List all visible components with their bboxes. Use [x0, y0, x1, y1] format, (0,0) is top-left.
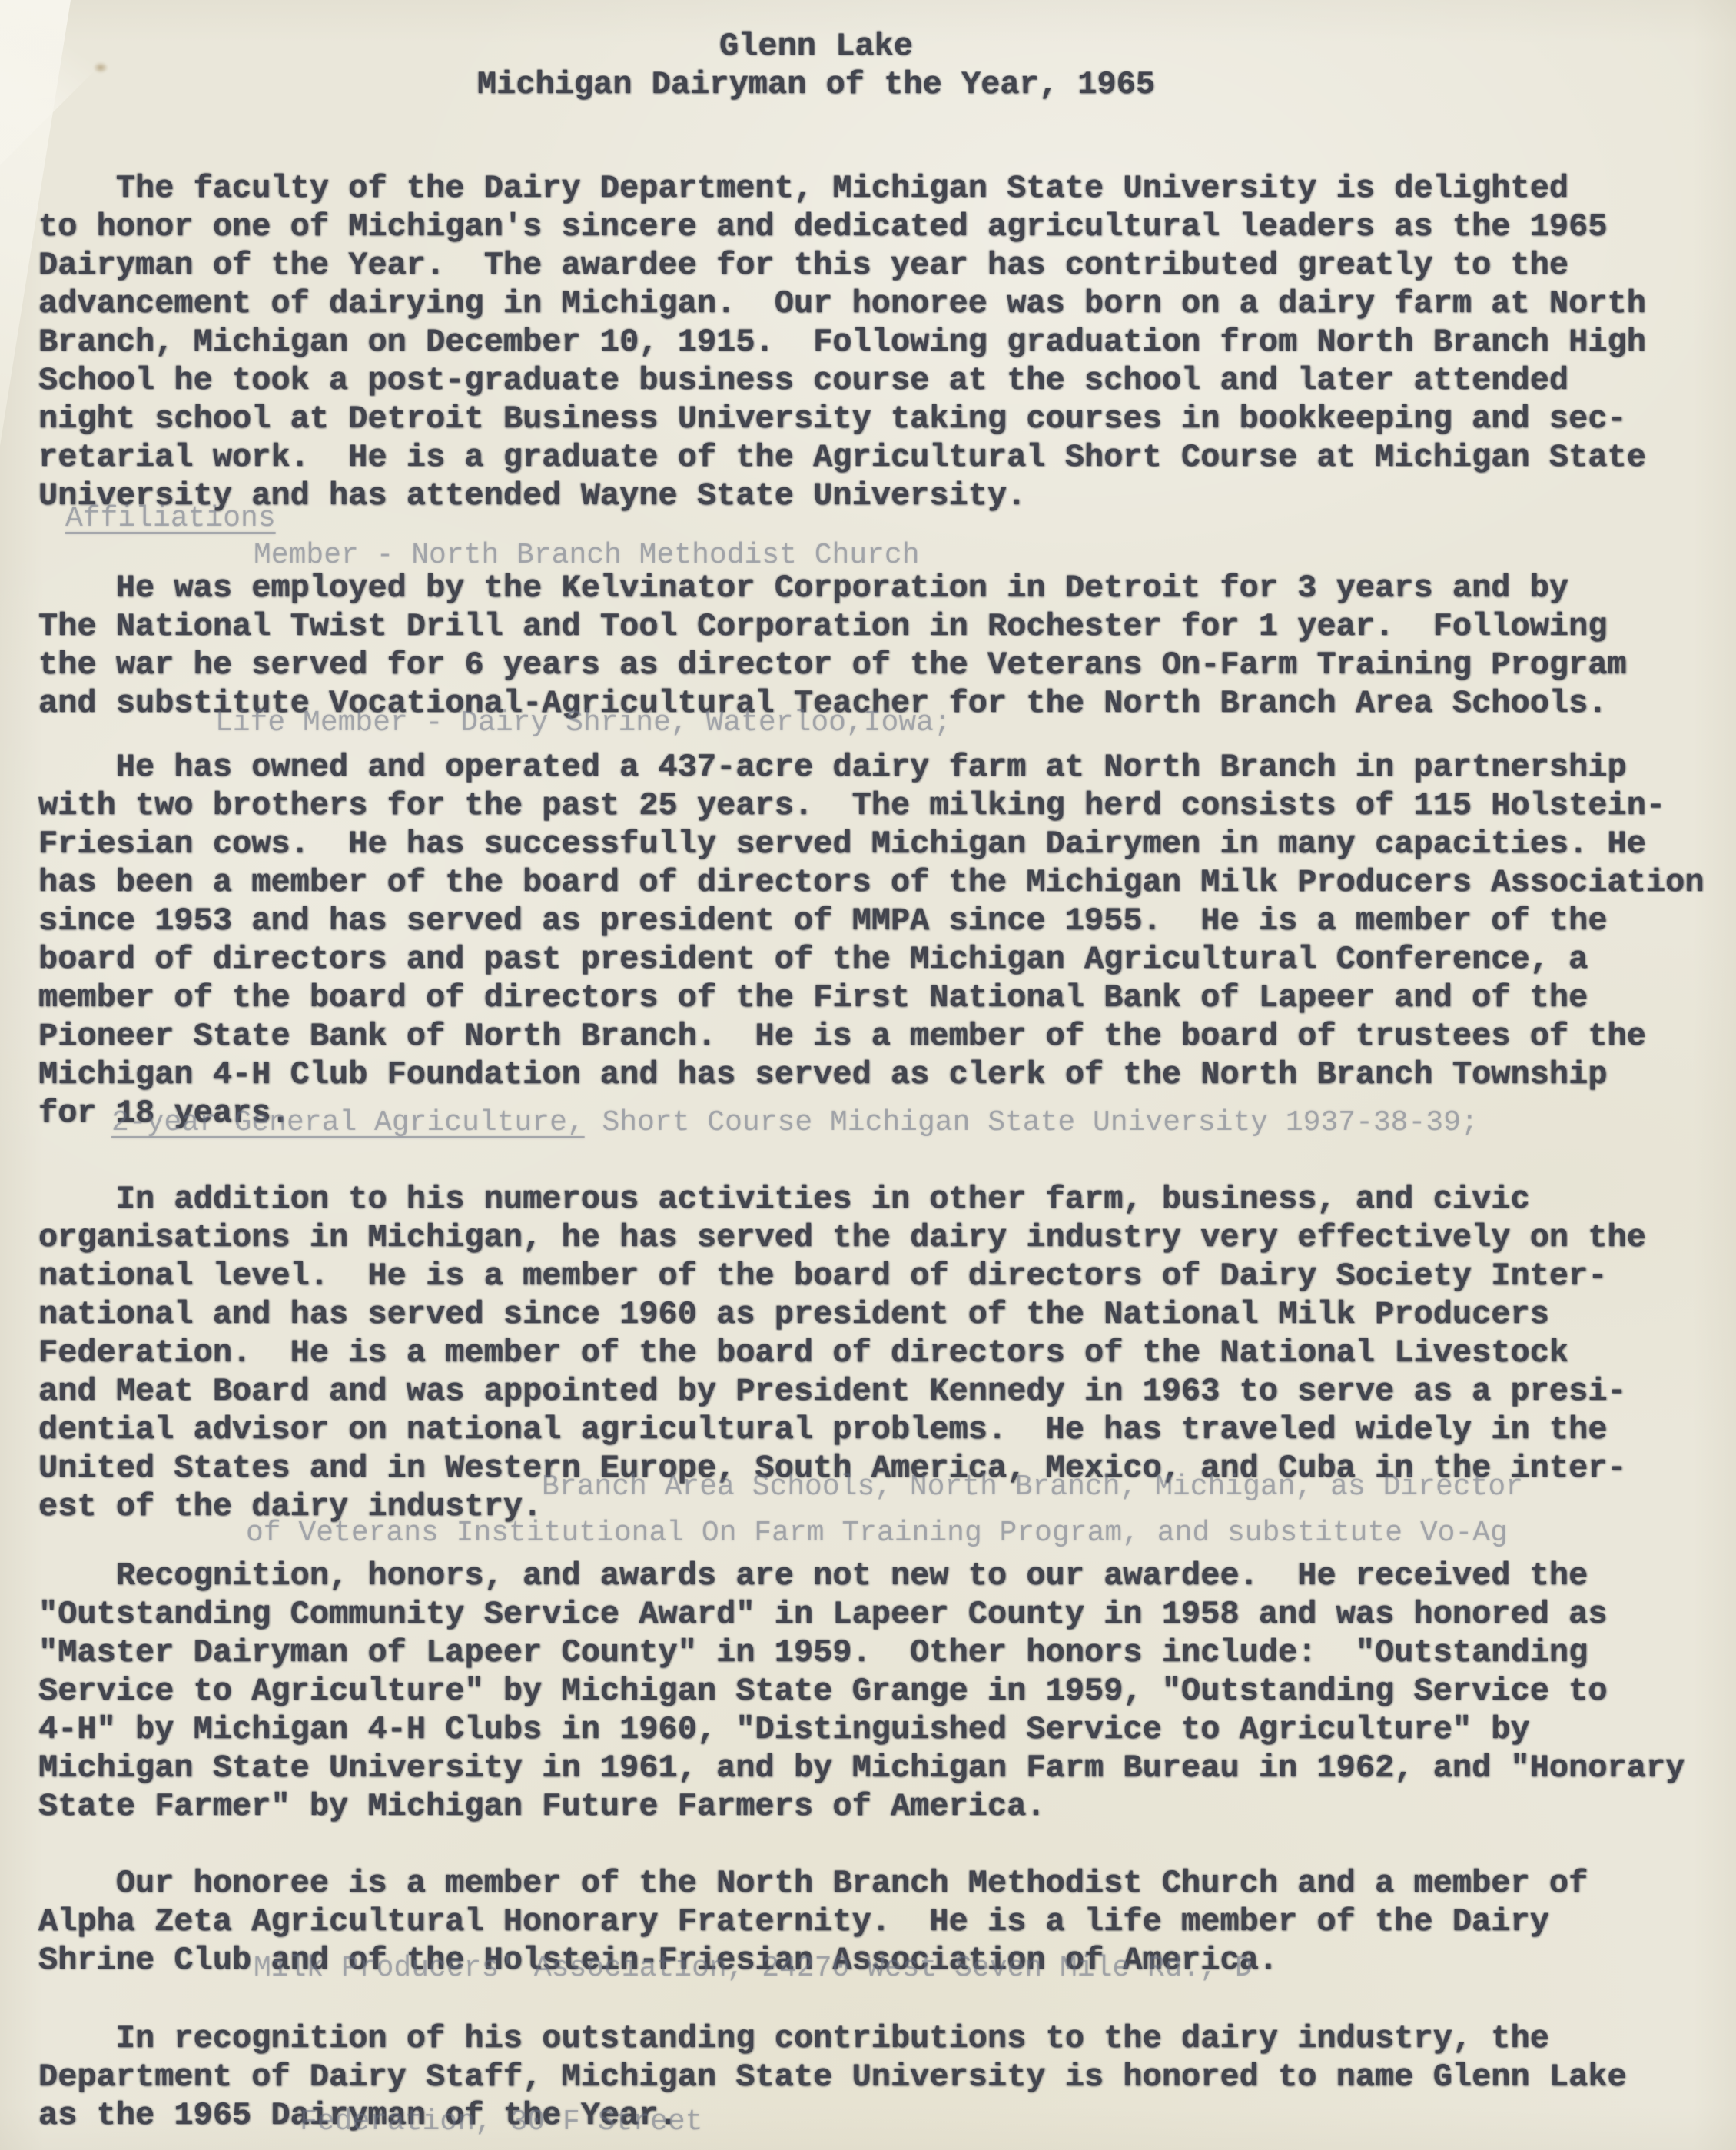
document-page: Glenn Lake Michigan Dairyman of the Year… [0, 0, 1736, 2150]
document-title: Glenn Lake Michigan Dairyman of the Year… [38, 27, 1594, 104]
paragraph-farm-and-boards: He has owned and operated a 437-acre dai… [38, 748, 1701, 1132]
typed-content: Glenn Lake Michigan Dairyman of the Year… [38, 27, 1701, 2135]
paragraph-honors: Recognition, honors, and awards are not … [38, 1557, 1701, 1826]
paragraph-employment: He was employed by the Kelvinator Corpor… [38, 569, 1701, 723]
paragraph-national-service: In addition to his numerous activities i… [38, 1180, 1701, 1526]
paragraph-closing: In recognition of his outstanding contri… [38, 2019, 1701, 2135]
paragraph-intro: The faculty of the Dairy Department, Mic… [38, 169, 1701, 515]
paragraph-memberships: Our honoree is a member of the North Bra… [38, 1864, 1701, 1979]
document-body: The faculty of the Dairy Department, Mic… [38, 169, 1701, 2135]
